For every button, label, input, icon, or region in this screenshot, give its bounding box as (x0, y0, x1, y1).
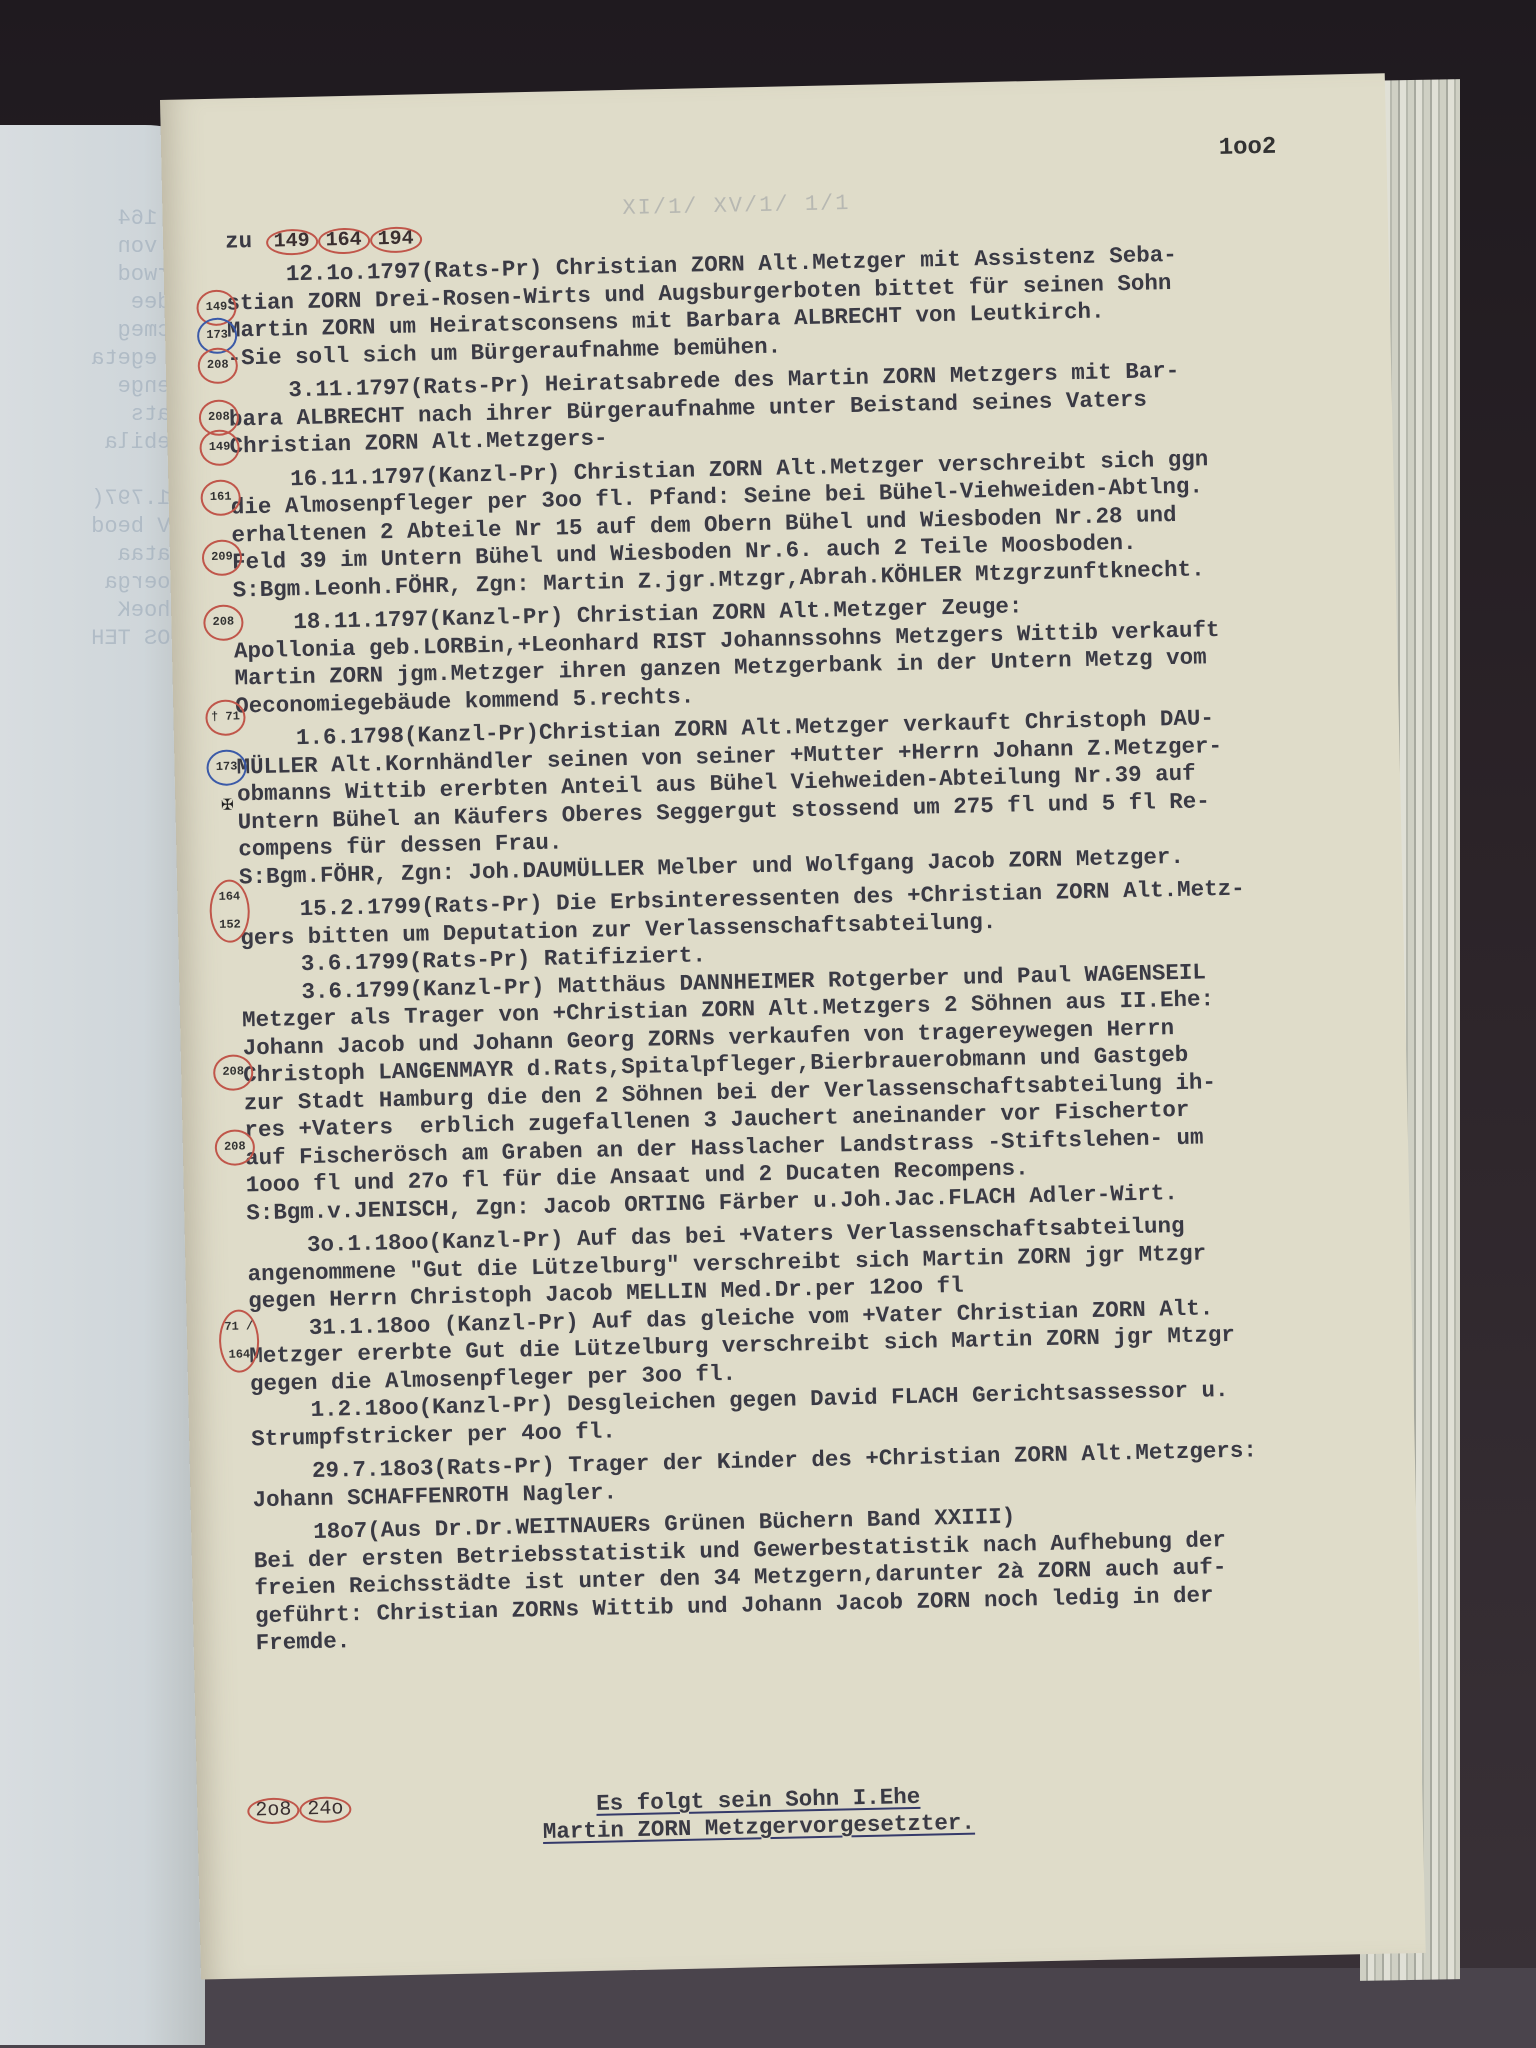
entry: 15.2.1799(Rats-Pr) Die Erbsinteressenten… (239, 873, 1376, 1228)
footer-circle: 24o (299, 1796, 352, 1823)
reference-circle: 164 (317, 227, 370, 254)
margin-annotation-wrapper: ✠ (207, 788, 248, 822)
margin-annotation-wrapper: 161 (200, 478, 241, 516)
margin-annotation: ✠ (207, 789, 248, 821)
page-number: 1oo2 (1218, 134, 1276, 162)
entry: 3.11.1797(Rats-Pr) Heiratsabrede des Mar… (228, 354, 1360, 461)
margin-annotation: † 71 (205, 699, 246, 735)
margin-annotation-wrapper: 208 (197, 346, 238, 384)
footer-reference-circles: 2o824o (247, 1796, 352, 1824)
margin-annotation-wrapper: 164 152 (209, 878, 250, 944)
margin-annotation-wrapper: 208 (203, 603, 244, 641)
margin-annotation-wrapper: 149 (199, 428, 240, 466)
footer-text: Es folgt sein Sohn I.Ehe Martin ZORN Met… (542, 1783, 975, 1846)
reference-circle: 149 (265, 229, 318, 256)
reference-circles: 149164194 (265, 226, 422, 255)
margin-annotation: 164 152 (209, 879, 250, 943)
margin-annotation: 71 / 164 (218, 1309, 259, 1373)
margin-annotation: 208 (197, 347, 238, 383)
margin-annotation-wrapper: † 71 (205, 698, 246, 736)
reference-prefix: zu (225, 228, 253, 255)
reference-circle: 194 (369, 226, 422, 253)
entries-list: 12.1o.1797(Rats-Pr) Christian ZORN Alt.M… (226, 238, 1386, 1658)
margin-annotation-wrapper: 209 (202, 538, 243, 576)
margin-annotation-wrapper: 71 / 164 (218, 1308, 259, 1374)
margin-annotation-wrapper: 208 (214, 1128, 255, 1166)
margin-annotation: 208 (214, 1129, 255, 1165)
margin-annotation: 208 (203, 604, 244, 640)
document-body: zu 149164194 12.1o.1797(Rats-Pr) Christi… (225, 204, 1386, 1664)
margin-annotation: 209 (202, 539, 243, 575)
footer-circle: 2o8 (247, 1797, 300, 1824)
margin-annotation-wrapper: 173 (206, 748, 247, 786)
margin-annotation: 173 (206, 749, 247, 785)
margin-annotation: 161 (200, 479, 241, 515)
margin-annotation-wrapper: 208 (213, 1053, 254, 1091)
entry: 1.6.1798(Kanzl-Pr)Christian ZORN Alt.Met… (236, 702, 1369, 892)
entry: 16.11.1797(Kanzl-Pr) Christian ZORN Alt.… (230, 442, 1363, 604)
margin-annotation: 149 (199, 429, 240, 465)
entry: 12.1o.1797(Rats-Pr) Christian ZORN Alt.M… (226, 238, 1358, 373)
document-page: 1oo2 XI/1/ XV/1/ 1/1 zu 149164194 12.1o.… (160, 73, 1426, 1979)
footer: 2o824o Es folgt sein Sohn I.Ehe Martin Z… (197, 1773, 1422, 1800)
entry: 18o7(Aus Dr.Dr.WEITNAUERs Grünen Büchern… (253, 1496, 1386, 1658)
entry: 3o.1.18oo(Kanzl-Pr) Auf das bei +Vaters … (247, 1209, 1382, 1454)
entry: 18.11.1797(Kanzl-Pr) Christian ZORN Alt.… (233, 586, 1365, 721)
table-surface (0, 1968, 1536, 2048)
margin-annotation: 208 (213, 1054, 254, 1090)
